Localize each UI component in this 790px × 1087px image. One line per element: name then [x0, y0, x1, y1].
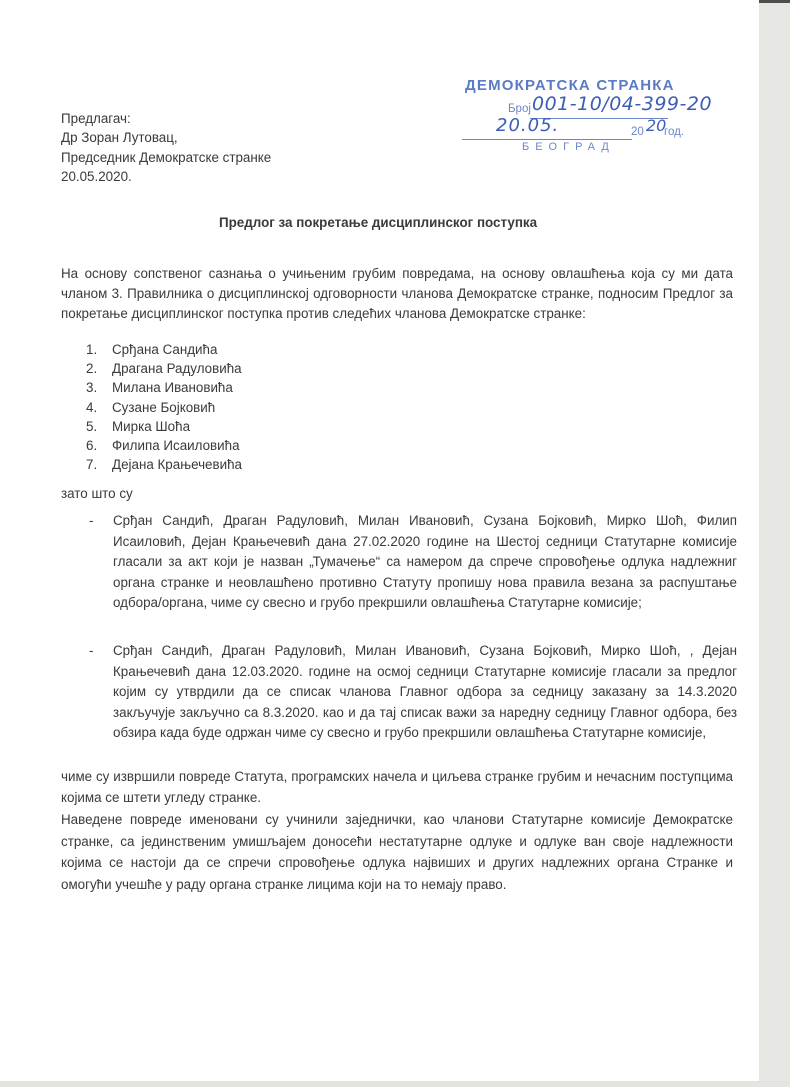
stamp-year-prefix: 20: [631, 126, 644, 138]
registry-stamp: ДЕМОКРАТСКА СТРАНКА Број 001-10/04-399-2…: [460, 74, 680, 160]
members-list: 1.Срђана Сандића2.Драгана Радуловића3.Ми…: [86, 340, 242, 474]
sender-label: Предлагач:: [61, 109, 271, 128]
reason-text: Срђан Сандић, Драган Радуловић, Милан Ив…: [113, 511, 737, 614]
consequence-paragraph: чиме су извршили повреде Статута, програ…: [61, 766, 733, 808]
member-name: Милана Ивановића: [112, 380, 233, 395]
member-number: 7.: [86, 455, 112, 474]
member-number: 3.: [86, 378, 112, 397]
closing-paragraph: Наведене повреде именовани су учинили за…: [61, 809, 733, 895]
stamp-date-line: [462, 139, 632, 140]
because-label: зато што су: [61, 484, 133, 503]
document-page: ДЕМОКРАТСКА СТРАНКА Број 001-10/04-399-2…: [0, 0, 759, 1081]
stamp-party-name: ДЕМОКРАТСКА СТРАНКА: [465, 77, 675, 94]
sender-position: Председник Демократске странке: [61, 148, 271, 167]
sender-name: Др Зоран Лутовац,: [61, 128, 271, 147]
stamp-number: 001-10/04-399-20: [532, 93, 712, 115]
stamp-year-suffix: год.: [664, 126, 684, 138]
member-list-item: 7.Дејана Крањечевића: [86, 455, 242, 474]
member-list-item: 3.Милана Ивановића: [86, 378, 242, 397]
member-number: 2.: [86, 359, 112, 378]
member-list-item: 2.Драгана Радуловића: [86, 359, 242, 378]
member-number: 4.: [86, 398, 112, 417]
member-list-item: 4.Сузане Бојковић: [86, 398, 242, 417]
stamp-city: БЕОГРАД: [522, 141, 615, 153]
member-list-item: 1.Срђана Сандића: [86, 340, 242, 359]
member-name: Срђана Сандића: [112, 342, 217, 357]
member-list-item: 5.Мирка Шоћа: [86, 417, 242, 436]
sender-block: Предлагач: Др Зоран Лутовац, Председник …: [61, 109, 271, 187]
sender-date: 20.05.2020.: [61, 167, 271, 186]
stamp-number-label: Број: [508, 103, 531, 115]
member-name: Мирка Шоћа: [112, 419, 190, 434]
scan-edge-top: [759, 0, 790, 3]
member-list-item: 6.Филипа Исаиловића: [86, 436, 242, 455]
document-title: Предлог за покретање дисциплинског посту…: [219, 215, 537, 230]
scan-edge-bottom: [0, 1081, 790, 1087]
stamp-date: 20.05.: [496, 115, 559, 136]
member-number: 6.: [86, 436, 112, 455]
dash-bullet-icon: -: [89, 641, 93, 662]
dash-bullet-icon: -: [89, 511, 93, 532]
member-name: Сузане Бојковић: [112, 400, 215, 415]
intro-paragraph: На основу сопственог сазнања о учињеним …: [61, 264, 733, 324]
scan-edge-right: [759, 0, 790, 1087]
reason-text: Срђан Сандић, Драган Радуловић, Милан Ив…: [113, 641, 737, 744]
member-number: 5.: [86, 417, 112, 436]
member-number: 1.: [86, 340, 112, 359]
member-name: Драгана Радуловића: [112, 361, 242, 376]
member-name: Филипа Исаиловића: [112, 438, 240, 453]
member-name: Дејана Крањечевића: [112, 457, 242, 472]
